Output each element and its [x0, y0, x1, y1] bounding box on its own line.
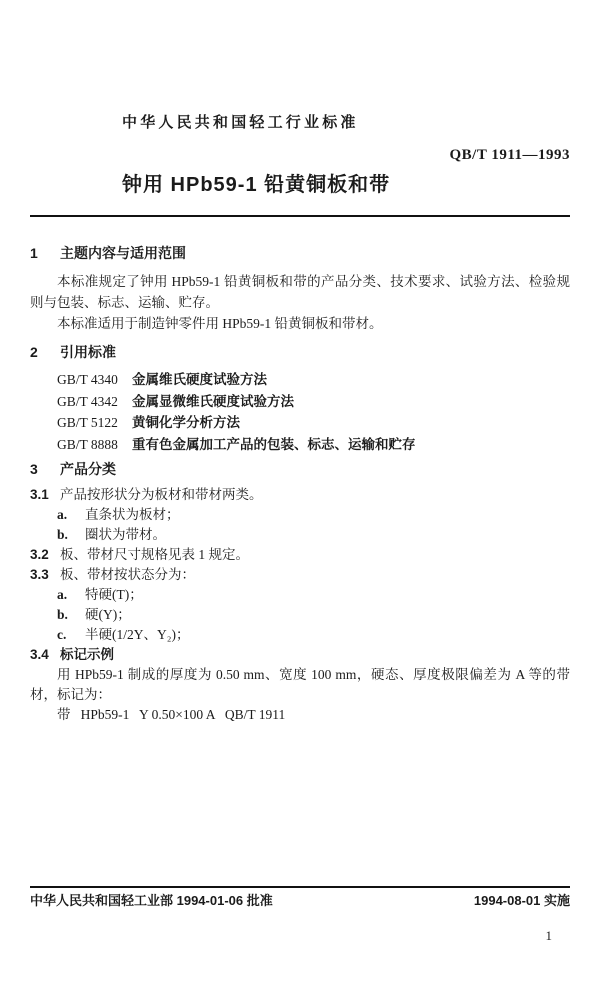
- clause-3-3: 3.3 板、带材按状态分为：: [30, 565, 570, 585]
- section-3-clauses: 3.1 产品按形状分为板材和带材两类。 a. 直条状为板材； b. 圈状为带材。…: [30, 485, 570, 725]
- section-1-number: 1: [30, 245, 60, 261]
- clause-title: 标记示例: [60, 645, 114, 665]
- standard-code: GB/T 8888: [57, 434, 132, 456]
- clause-3-1-item-a: a. 直条状为板材；: [30, 505, 570, 525]
- standard-type-heading: 中华人民共和国轻工行业标准: [122, 114, 570, 132]
- referenced-standard-row: GB/T 5122 黄铜化学分析方法: [30, 412, 570, 434]
- standard-title: 金属显微维氏硬度试验方法: [132, 391, 294, 413]
- standard-number: QB/T 1911—1993: [30, 146, 570, 164]
- standard-title: 金属维氏硬度试验方法: [132, 369, 267, 391]
- section-2-number: 2: [30, 344, 60, 360]
- section-1-paragraph-applicability: 本标准适用于制造钟零件用 HPb59-1 铅黄铜板和带材。: [30, 313, 570, 334]
- clause-text: 产品按形状分为板材和带材两类。: [60, 485, 263, 505]
- standard-code: GB/T 5122: [57, 412, 132, 434]
- clause-3-3-item-a: a. 特硬(T)；: [30, 585, 570, 605]
- standard-document-page: { "header": { "standard_type": "中华人民共和国轻…: [0, 0, 600, 992]
- section-1-title: 主题内容与适用范围: [60, 245, 186, 261]
- list-item-text: 特硬(T)；: [85, 585, 143, 605]
- section-3-title: 产品分类: [60, 461, 116, 477]
- document-title: 钟用 HPb59-1 铅黄铜板和带: [122, 172, 570, 198]
- referenced-standard-row: GB/T 8888 重有色金属加工产品的包装、标志、运输和贮存: [30, 434, 570, 456]
- clause-3-3-item-b: b. 硬(Y)；: [30, 605, 570, 625]
- marking-example-designation: 带 HPb59-1 Y 0.50×100 A QB/T 1911: [30, 705, 570, 725]
- standard-title: 重有色金属加工产品的包装、标志、运输和贮存: [132, 434, 416, 456]
- list-item-text: 硬(Y)；: [85, 605, 131, 625]
- clause-number: 3.2: [30, 545, 60, 565]
- list-item-text: 直条状为板材；: [85, 505, 180, 525]
- list-item-label: a.: [57, 585, 85, 605]
- list-item-label: c.: [57, 625, 85, 645]
- list-item-text: 半硬(1/2Y、Y₂)；: [85, 625, 189, 645]
- standard-title: 黄铜化学分析方法: [132, 412, 240, 434]
- document-page: 中华人民共和国轻工行业标准 QB/T 1911—1993 钟用 HPb59-1 …: [30, 114, 570, 725]
- section-3-number: 3: [30, 461, 60, 477]
- clause-text: 板、带材按状态分为：: [60, 565, 195, 585]
- section-2-heading: 2 引用标准: [30, 344, 570, 360]
- implementation-note: 1994-08-01 实施: [474, 893, 570, 909]
- section-2-title: 引用标准: [60, 344, 116, 360]
- list-item-label: a.: [57, 505, 85, 525]
- clause-text: 板、带材尺寸规格见表 1 规定。: [60, 545, 249, 565]
- clause-number: 3.3: [30, 565, 60, 585]
- clause-3-3-item-c: c. 半硬(1/2Y、Y₂)；: [30, 625, 570, 645]
- referenced-standard-row: GB/T 4340 金属维氏硬度试验方法: [30, 369, 570, 391]
- approval-note: 中华人民共和国轻工业部 1994-01-06 批准: [30, 893, 273, 909]
- standard-code: GB/T 4340: [57, 369, 132, 391]
- header-divider-rule: [30, 215, 570, 217]
- page-number: 1: [546, 928, 553, 944]
- list-item-label: b.: [57, 605, 85, 625]
- referenced-standards-list: GB/T 4340 金属维氏硬度试验方法 GB/T 4342 金属显微维氏硬度试…: [30, 369, 570, 455]
- standard-code: GB/T 4342: [57, 391, 132, 413]
- section-3-heading: 3 产品分类: [30, 461, 570, 477]
- clause-3-2: 3.2 板、带材尺寸规格见表 1 规定。: [30, 545, 570, 565]
- clause-number: 3.1: [30, 485, 60, 505]
- referenced-standard-row: GB/T 4342 金属显微维氏硬度试验方法: [30, 391, 570, 413]
- section-1-heading: 1 主题内容与适用范围: [30, 245, 570, 261]
- clause-3-1: 3.1 产品按形状分为板材和带材两类。: [30, 485, 570, 505]
- footer: 中华人民共和国轻工业部 1994-01-06 批准 1994-08-01 实施: [30, 893, 570, 909]
- clause-number: 3.4: [30, 645, 60, 665]
- clause-3-4: 3.4 标记示例: [30, 645, 570, 665]
- clause-3-1-item-b: b. 圈状为带材。: [30, 525, 570, 545]
- list-item-label: b.: [57, 525, 85, 545]
- footer-divider-rule: [30, 886, 570, 888]
- section-1-paragraph-scope: 本标准规定了钟用 HPb59-1 铅黄铜板和带的产品分类、技术要求、试验方法、检…: [30, 271, 570, 313]
- marking-example-description: 用 HPb59-1 制成的厚度为 0.50 mm、宽度 100 mm，硬态、厚度…: [30, 665, 570, 705]
- list-item-text: 圈状为带材。: [85, 525, 166, 545]
